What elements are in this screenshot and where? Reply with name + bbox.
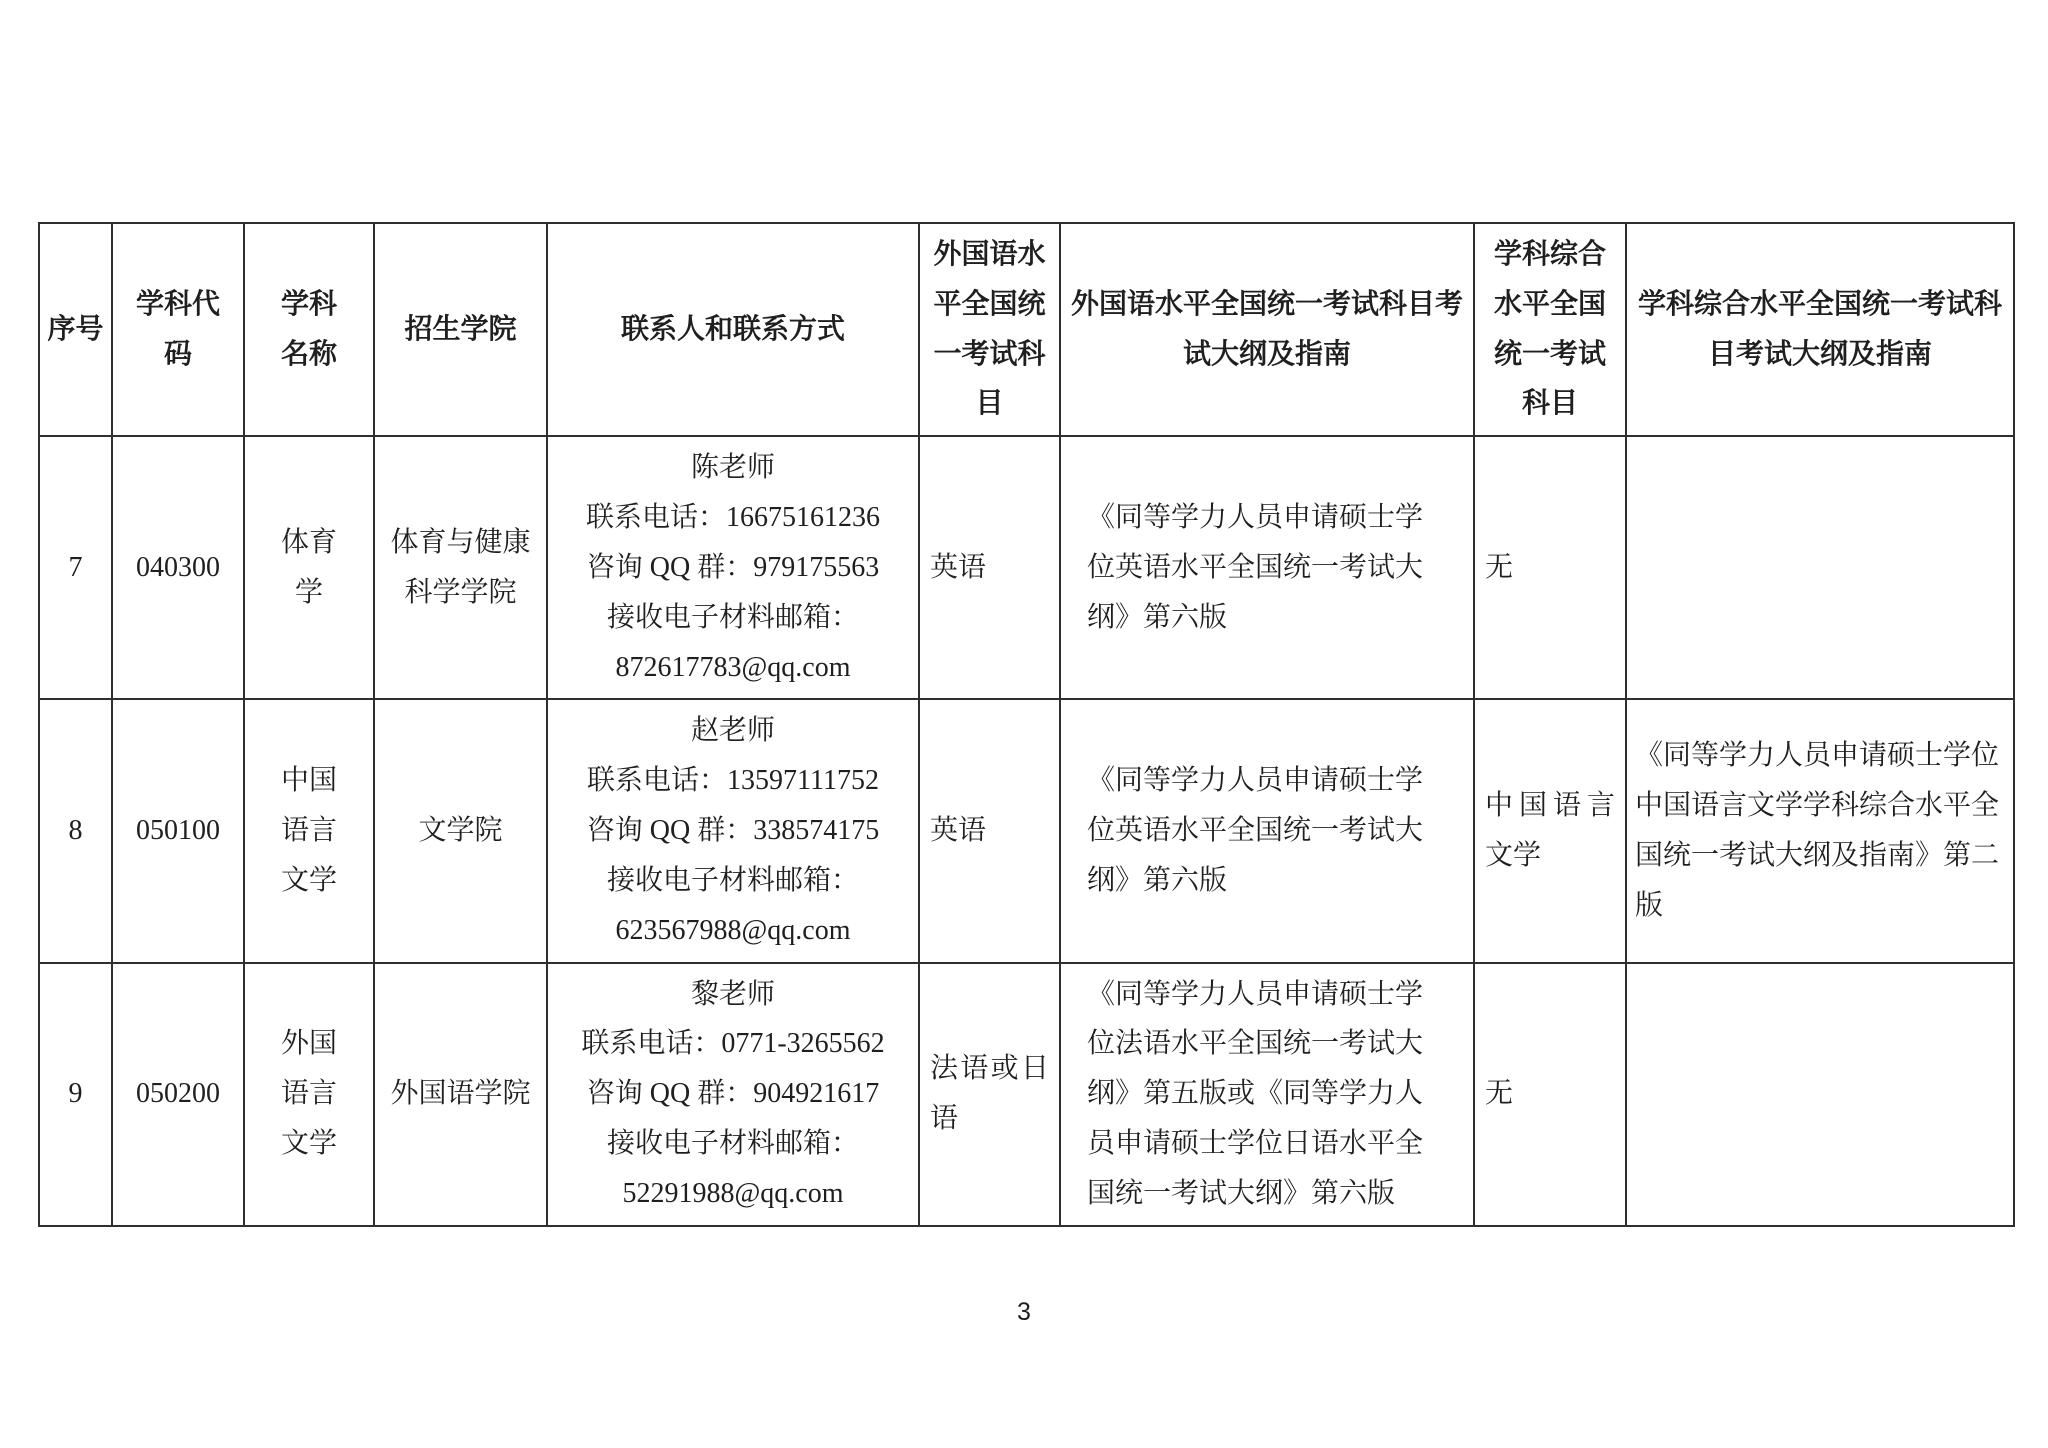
- contact-email: 52291988@qq.com: [558, 1169, 908, 1219]
- subject-code-cell: 050100: [112, 699, 244, 962]
- subject-name-cell: 体育学: [244, 436, 374, 699]
- subject-name-cell: 中国语言文学: [244, 699, 374, 962]
- contact-phone: 联系电话：0771-3265562: [558, 1019, 908, 1069]
- contact-name: 赵老师: [558, 706, 908, 756]
- table-row: 9 050200 外国语言文学 外国语学院 黎老师 联系电话：0771-3265…: [39, 963, 2014, 1226]
- comprehensive-exam-subject-cell: 无: [1474, 436, 1626, 699]
- comprehensive-exam-subject-cell: 无: [1474, 963, 1626, 1226]
- header-comprehensive-exam-syllabus: 学科综合水平全国统一考试科目考试大纲及指南: [1626, 223, 2014, 436]
- contact-name: 陈老师: [558, 443, 908, 493]
- header-subject-name: 学科名称: [244, 223, 374, 436]
- contact-email-label: 接收电子材料邮箱：: [558, 1119, 908, 1169]
- comprehensive-exam-subject-cell: 中国语言文学: [1474, 699, 1626, 962]
- seq-cell: 7: [39, 436, 112, 699]
- foreign-exam-subject-cell: 英语: [919, 436, 1060, 699]
- contact-email-label: 接收电子材料邮箱：: [558, 856, 908, 906]
- table-row: 7 040300 体育学 体育与健康科学学院 陈老师 联系电话：16675161…: [39, 436, 2014, 699]
- header-comprehensive-exam-subject: 学科综合水平全国统一考试科目: [1474, 223, 1626, 436]
- foreign-exam-syllabus-cell: 《同等学力人员申请硕士学位英语水平全国统一考试大纲》第六版: [1060, 436, 1474, 699]
- header-foreign-exam-syllabus: 外国语水平全国统一考试科目考试大纲及指南: [1060, 223, 1474, 436]
- header-subject-code: 学科代码: [112, 223, 244, 436]
- foreign-exam-subject-cell: 法语或日语: [919, 963, 1060, 1226]
- subject-code-cell: 040300: [112, 436, 244, 699]
- contact-cell: 陈老师 联系电话：16675161236 咨询 QQ 群：979175563 接…: [547, 436, 919, 699]
- contact-phone: 联系电话：16675161236: [558, 493, 908, 543]
- document-page: 序号 学科代码 学科名称 招生学院 联系人和联系方式 外国语水平全国统一考试科目…: [0, 0, 2048, 1448]
- college-cell: 体育与健康科学学院: [374, 436, 547, 699]
- header-college: 招生学院: [374, 223, 547, 436]
- contact-cell: 赵老师 联系电话：13597111752 咨询 QQ 群：338574175 接…: [547, 699, 919, 962]
- contact-email: 623567988@qq.com: [558, 906, 908, 956]
- header-contact: 联系人和联系方式: [547, 223, 919, 436]
- comprehensive-exam-syllabus-cell: [1626, 963, 2014, 1226]
- table-row: 8 050100 中国语言文学 文学院 赵老师 联系电话：13597111752…: [39, 699, 2014, 962]
- subject-code-cell: 050200: [112, 963, 244, 1226]
- contact-cell: 黎老师 联系电话：0771-3265562 咨询 QQ 群：904921617 …: [547, 963, 919, 1226]
- contact-qq-group: 咨询 QQ 群：904921617: [558, 1069, 908, 1119]
- seq-cell: 8: [39, 699, 112, 962]
- exam-subjects-table: 序号 学科代码 学科名称 招生学院 联系人和联系方式 外国语水平全国统一考试科目…: [38, 222, 2015, 1227]
- seq-cell: 9: [39, 963, 112, 1226]
- header-seq: 序号: [39, 223, 112, 436]
- subject-name-cell: 外国语言文学: [244, 963, 374, 1226]
- foreign-exam-syllabus-cell: 《同等学力人员申请硕士学位英语水平全国统一考试大纲》第六版: [1060, 699, 1474, 962]
- contact-qq-group: 咨询 QQ 群：338574175: [558, 806, 908, 856]
- contact-name: 黎老师: [558, 970, 908, 1020]
- comprehensive-exam-syllabus-cell: [1626, 436, 2014, 699]
- contact-qq-group: 咨询 QQ 群：979175563: [558, 543, 908, 593]
- college-cell: 文学院: [374, 699, 547, 962]
- comprehensive-exam-syllabus-cell: 《同等学力人员申请硕士学位中国语言文学学科综合水平全国统一考试大纲及指南》第二版: [1626, 699, 2014, 962]
- table-header-row: 序号 学科代码 学科名称 招生学院 联系人和联系方式 外国语水平全国统一考试科目…: [39, 223, 2014, 436]
- contact-phone: 联系电话：13597111752: [558, 756, 908, 806]
- header-foreign-exam-subject: 外国语水平全国统一考试科目: [919, 223, 1060, 436]
- page-number: 3: [1017, 1298, 1031, 1327]
- foreign-exam-subject-cell: 英语: [919, 699, 1060, 962]
- contact-email-label: 接收电子材料邮箱：: [558, 593, 908, 643]
- contact-email: 872617783@qq.com: [558, 643, 908, 693]
- college-cell: 外国语学院: [374, 963, 547, 1226]
- foreign-exam-syllabus-cell: 《同等学力人员申请硕士学位法语水平全国统一考试大纲》第五版或《同等学力人员申请硕…: [1060, 963, 1474, 1226]
